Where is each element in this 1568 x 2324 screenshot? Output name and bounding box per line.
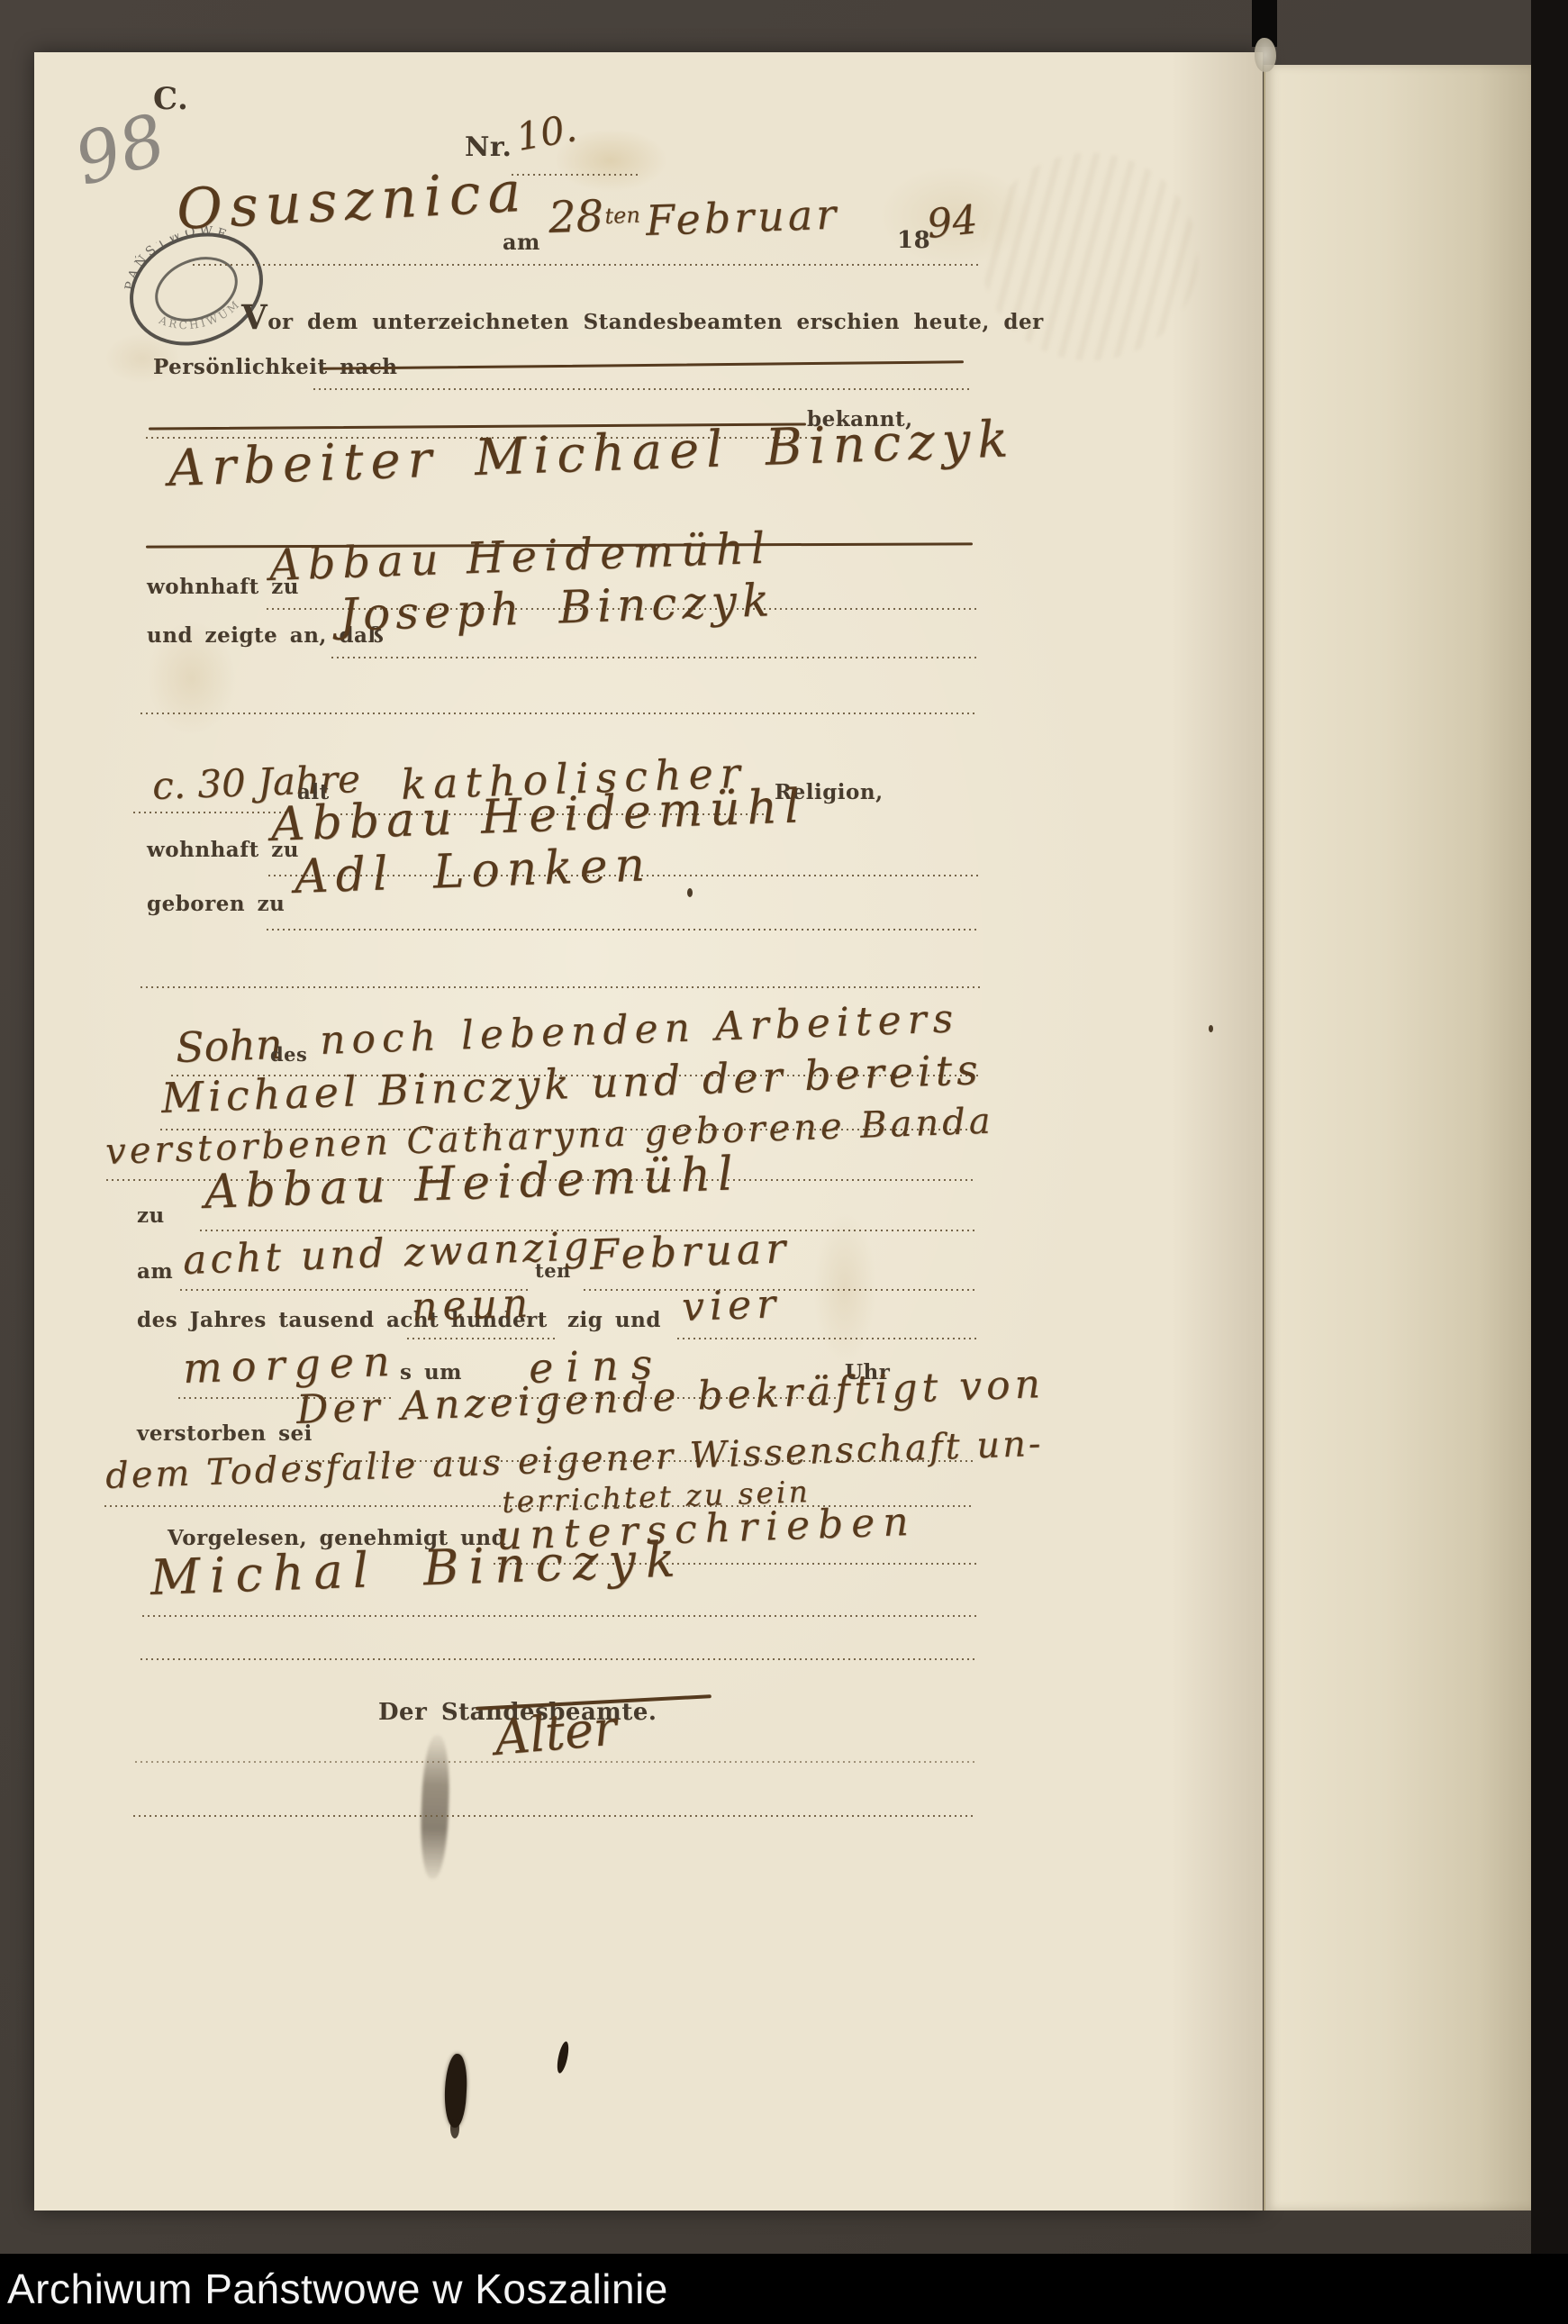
- dotted-rule: [142, 1614, 976, 1617]
- nr-label: Nr.: [465, 132, 512, 163]
- dotted-rule: [133, 1814, 976, 1817]
- binding-thread: [1255, 38, 1276, 72]
- born-label: geboren zu: [147, 892, 285, 916]
- ten-label: ten: [535, 1259, 571, 1282]
- book-spine-edge: [1531, 0, 1568, 2324]
- am-label: am: [503, 229, 540, 255]
- day-written: 28: [548, 191, 604, 243]
- registrar-signature: Alter: [493, 1699, 620, 1766]
- death-month-written: Februar: [589, 1223, 791, 1279]
- year-ones-written: vier: [681, 1281, 782, 1330]
- dotted-rule: [193, 263, 982, 266]
- son-written: Sohn: [175, 1020, 283, 1072]
- day-suffix-written: ten: [604, 203, 640, 229]
- died-label: verstorben sei: [137, 1421, 313, 1446]
- scan-backdrop: C. 98 PAŃSTWOWE ARCHIWUM Nr. 10. Osuszni…: [0, 0, 1568, 2324]
- zig-und-label: zig und: [567, 1308, 661, 1332]
- month-written: Februar: [645, 190, 840, 245]
- dotted-rule: [267, 928, 978, 931]
- dotted-rule: [140, 985, 980, 988]
- archive-name: Archiwum Państwowe w Koszalinie: [0, 2265, 668, 2313]
- dotted-rule: [140, 712, 978, 714]
- dotted-rule: [512, 173, 638, 176]
- death-am-label: am: [137, 1259, 173, 1284]
- ink-speck: [687, 888, 693, 897]
- year-written: 94: [925, 196, 980, 248]
- intro-line: Vor dem unterzeichneten Standesbeamten e…: [241, 297, 1044, 337]
- ink-blot: [450, 2119, 459, 2138]
- dotted-rule: [331, 656, 976, 658]
- dotted-rule: [407, 1337, 558, 1339]
- dotted-rule: [133, 811, 288, 813]
- dotted-rule: [135, 1760, 978, 1763]
- next-page-edge: [1264, 65, 1533, 2211]
- page-fold-shadow: [1171, 52, 1264, 2211]
- ink-speck: [1209, 1025, 1213, 1032]
- dotted-rule: [677, 1337, 976, 1339]
- form-letter: C.: [153, 81, 188, 117]
- year-tens-written: neun: [411, 1280, 534, 1330]
- year-printed: 18: [897, 227, 930, 254]
- des-label: des: [270, 1043, 307, 1066]
- archive-footer-bar: Archiwum Państwowe w Koszalinie: [0, 2254, 1568, 2324]
- dotted-rule: [313, 387, 971, 390]
- zu-label: zu: [137, 1203, 165, 1228]
- dotted-rule: [140, 1657, 974, 1660]
